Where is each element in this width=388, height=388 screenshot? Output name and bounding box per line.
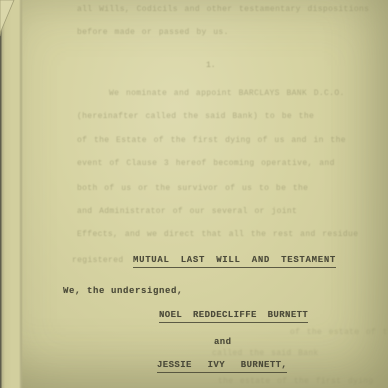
- faded-text-line: before made or passed by us.: [77, 29, 229, 37]
- faded-text-line: We nominate and appoint BARCLAYS BANK D.…: [109, 90, 345, 98]
- intro-line: We, the undersigned,: [63, 287, 183, 296]
- document-photo: all Wills, Codicils and other testamenta…: [0, 0, 388, 388]
- will-heading: MUTUAL LAST WILL AND TESTAMENT: [133, 256, 336, 268]
- ghost-word: registered: [72, 257, 124, 265]
- faded-text-line: of the Estate of the first dying of us a…: [77, 137, 346, 145]
- corner-fold: [0, 0, 40, 60]
- testator-name-second: JESSIE IVY BURNETT,: [157, 361, 287, 373]
- conjunction: and: [214, 338, 231, 347]
- faded-text-line: all Wills, Codicils and other testamenta…: [77, 6, 369, 14]
- testator-name-first: NOEL REDDECLIFFE BURNETT: [159, 311, 308, 323]
- faded-text-line: Effects, and we direct that all the rest…: [77, 231, 358, 239]
- bleedthrough-line: called the said Bank: [212, 350, 319, 358]
- faded-text-line: and Administrator of our several or join…: [77, 208, 297, 216]
- bleedthrough-line: the estate of the first dying: [218, 378, 373, 386]
- faded-text-line: (hereinafter called the said Bank) to be…: [77, 113, 314, 121]
- bleedthrough-line: of the estate of the: [290, 329, 388, 337]
- faded-text-line: event of Clause 3 hereof becoming operat…: [77, 160, 335, 168]
- faded-text-line: both of us or the survivor of us to be t…: [77, 185, 308, 193]
- clause-number: 1.: [206, 62, 216, 70]
